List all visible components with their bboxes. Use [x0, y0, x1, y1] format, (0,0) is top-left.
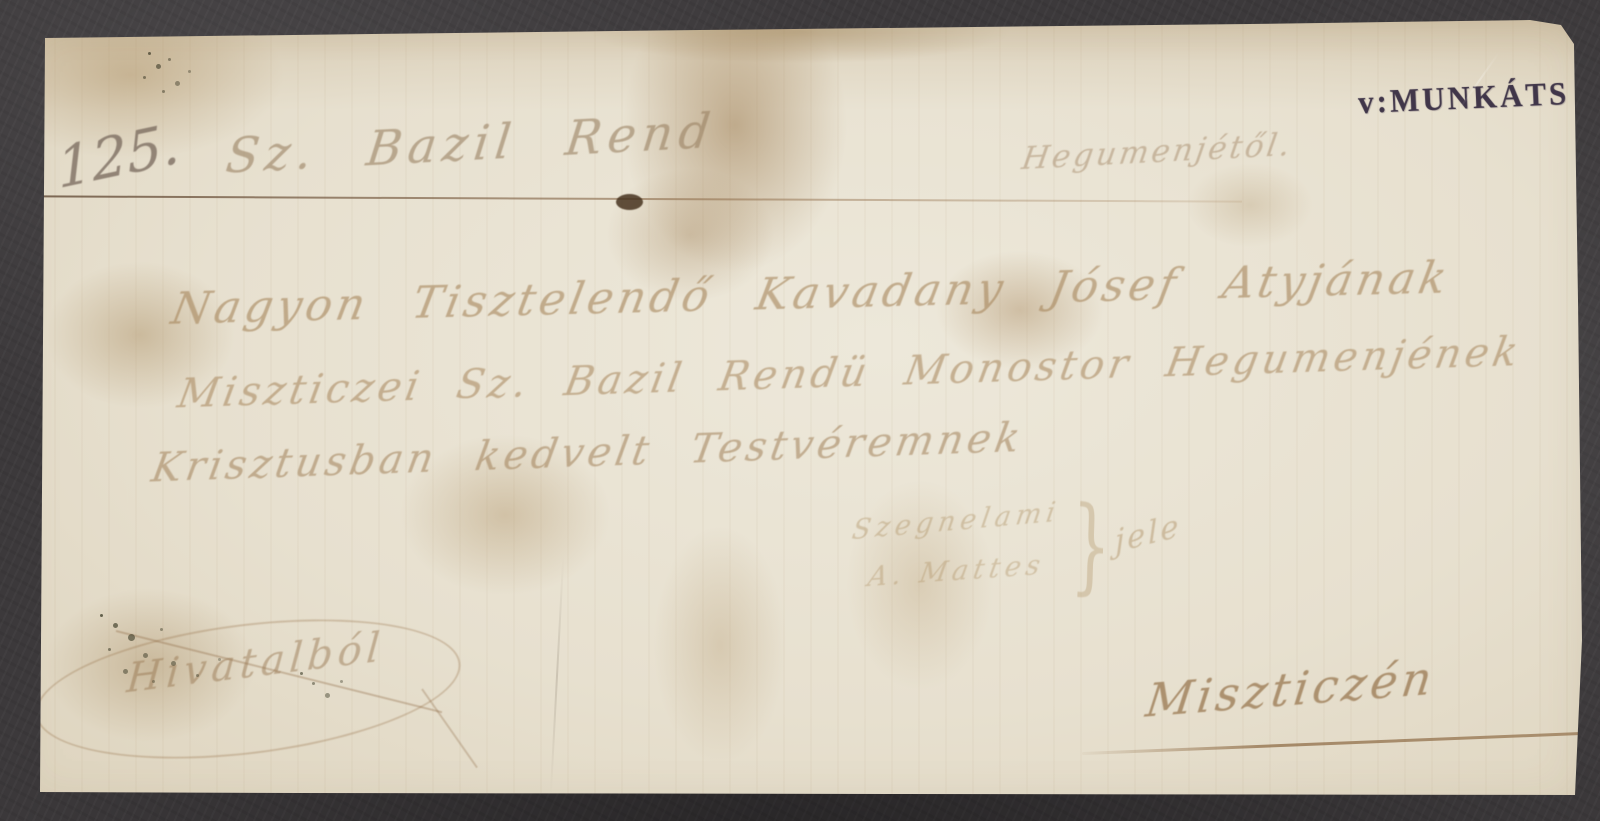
destination-name: Miszticzén — [1143, 650, 1439, 727]
origin-oval-flourish — [28, 598, 469, 779]
ink-blot — [616, 194, 643, 210]
signature-script-line-1: Szegnelami — [850, 497, 1063, 547]
address-line-3: Krisztusban kedvelt Testvéremnek — [148, 415, 1027, 492]
docket-number: 125. — [55, 111, 182, 202]
signature-brace: } — [1069, 482, 1112, 607]
signature-label: jele — [1114, 507, 1181, 560]
letter-sheet: 125. Sz. Bazil Rend Hegumenjétől. v:MUNK… — [0, 0, 1600, 821]
docket-text: Sz. Bazil Rend — [223, 103, 719, 185]
ink-spatter-small — [300, 672, 303, 675]
docket-tail: Hegumenjétől. — [1019, 127, 1295, 178]
signature-script-line-2: A. Mattes — [865, 550, 1047, 594]
destination-underline — [1082, 731, 1598, 755]
ink-spatter-bottom-left — [100, 614, 103, 617]
address-line-2: Miszticzei Sz. Bazil Rendü Monostor Hegu… — [174, 329, 1525, 417]
postmark-stamp: v:MUNKÁTS — [1357, 75, 1570, 122]
photo-background: 125. Sz. Bazil Rend Hegumenjétől. v:MUNK… — [0, 0, 1600, 821]
ink-spatter-top — [148, 52, 151, 55]
origin-flourish-tail — [421, 688, 478, 768]
address-line-1: Nagyon Tisztelendő Kavadany Jósef Atyján… — [167, 252, 1454, 334]
paper-crease-vertical — [550, 556, 565, 796]
